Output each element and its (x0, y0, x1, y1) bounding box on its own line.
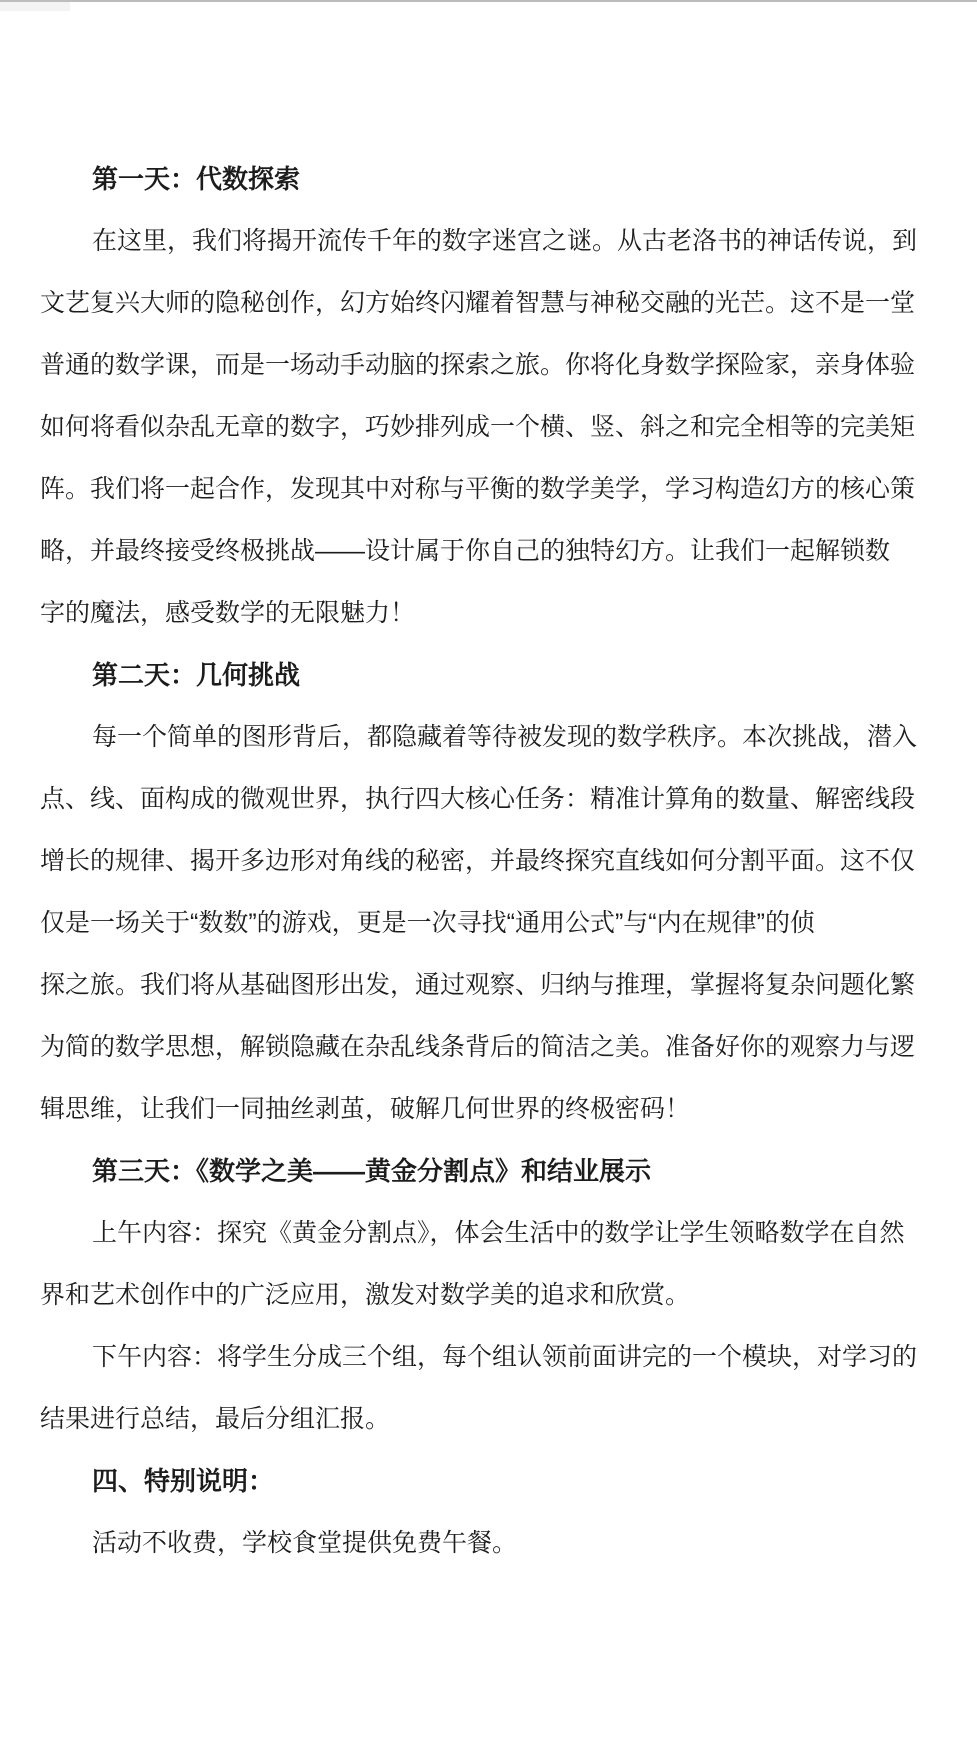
paragraph-line: 点、线、面构成的微观世界，执行四大核心任务：精准计算角的数量、解密线段 (40, 768, 940, 830)
section-heading-day3: 第三天：《数学之美——黄金分割点》和结业展示 (40, 1140, 940, 1202)
paragraph-line: 文艺复兴大师的隐秘创作，幻方始终闪耀着智慧与神秘交融的光芒。这不是一堂 (40, 272, 940, 334)
paragraph-line: 阵。我们将一起合作，发现其中对称与平衡的数学美学，学习构造幻方的核心策 (40, 458, 940, 520)
page-top-edge (0, 0, 977, 2)
paragraph-line: 在这里，我们将揭开流传千年的数字迷宫之谜。从古老洛书的神话传说，到 (40, 210, 940, 272)
paragraph-line: 界和艺术创作中的广泛应用，激发对数学美的追求和欣赏。 (40, 1264, 940, 1326)
section-heading-day2: 第二天：几何挑战 (40, 644, 940, 706)
paragraph-line: 普通的数学课，而是一场动手动脑的探索之旅。你将化身数学探险家，亲身体验 (40, 334, 940, 396)
paragraph-line: 为简的数学思想，解锁隐藏在杂乱线条背后的简洁之美。准备好你的观察力与逻 (40, 1016, 940, 1078)
paragraph-line: 探之旅。我们将从基础图形出发，通过观察、归纳与推理，掌握将复杂问题化繁 (40, 954, 940, 1016)
paragraph-line: 辑思维，让我们一同抽丝剥茧，破解几何世界的终极密码！ (40, 1078, 940, 1140)
paragraph-line: 如何将看似杂乱无章的数字，巧妙排列成一个横、竖、斜之和完全相等的完美矩 (40, 396, 940, 458)
paragraph-line: 下午内容：将学生分成三个组，每个组认领前面讲完的一个模块，对学习的 (40, 1326, 940, 1388)
section-heading-day1: 第一天：代数探索 (40, 148, 940, 210)
paragraph-line: 字的魔法，感受数学的无限魅力！ (40, 582, 940, 644)
paragraph-line: 结果进行总结，最后分组汇报。 (40, 1388, 940, 1450)
paragraph-line: 每一个简单的图形背后，都隐藏着等待被发现的数学秩序。本次挑战，潜入 (40, 706, 940, 768)
paragraph-line: 仅是一场关于“数数”的游戏，更是一次寻找“通用公式”与“内在规律”的侦 (40, 892, 940, 954)
page-corner-artifact (0, 2, 70, 11)
document-content: 第一天：代数探索在这里，我们将揭开流传千年的数字迷宫之谜。从古老洛书的神话传说，… (40, 148, 940, 1574)
paragraph-line: 上午内容：探究《黄金分割点》，体会生活中的数学让学生领略数学在自然 (40, 1202, 940, 1264)
paragraph-line: 活动不收费，学校食堂提供免费午餐。 (40, 1512, 940, 1574)
paragraph-line: 增长的规律、揭开多边形对角线的秘密，并最终探究直线如何分割平面。这不仅 (40, 830, 940, 892)
paragraph-line: 略，并最终接受终极挑战——设计属于你自己的独特幻方。让我们一起解锁数 (40, 520, 940, 582)
section-heading-special-note: 四、特别说明： (40, 1450, 940, 1512)
